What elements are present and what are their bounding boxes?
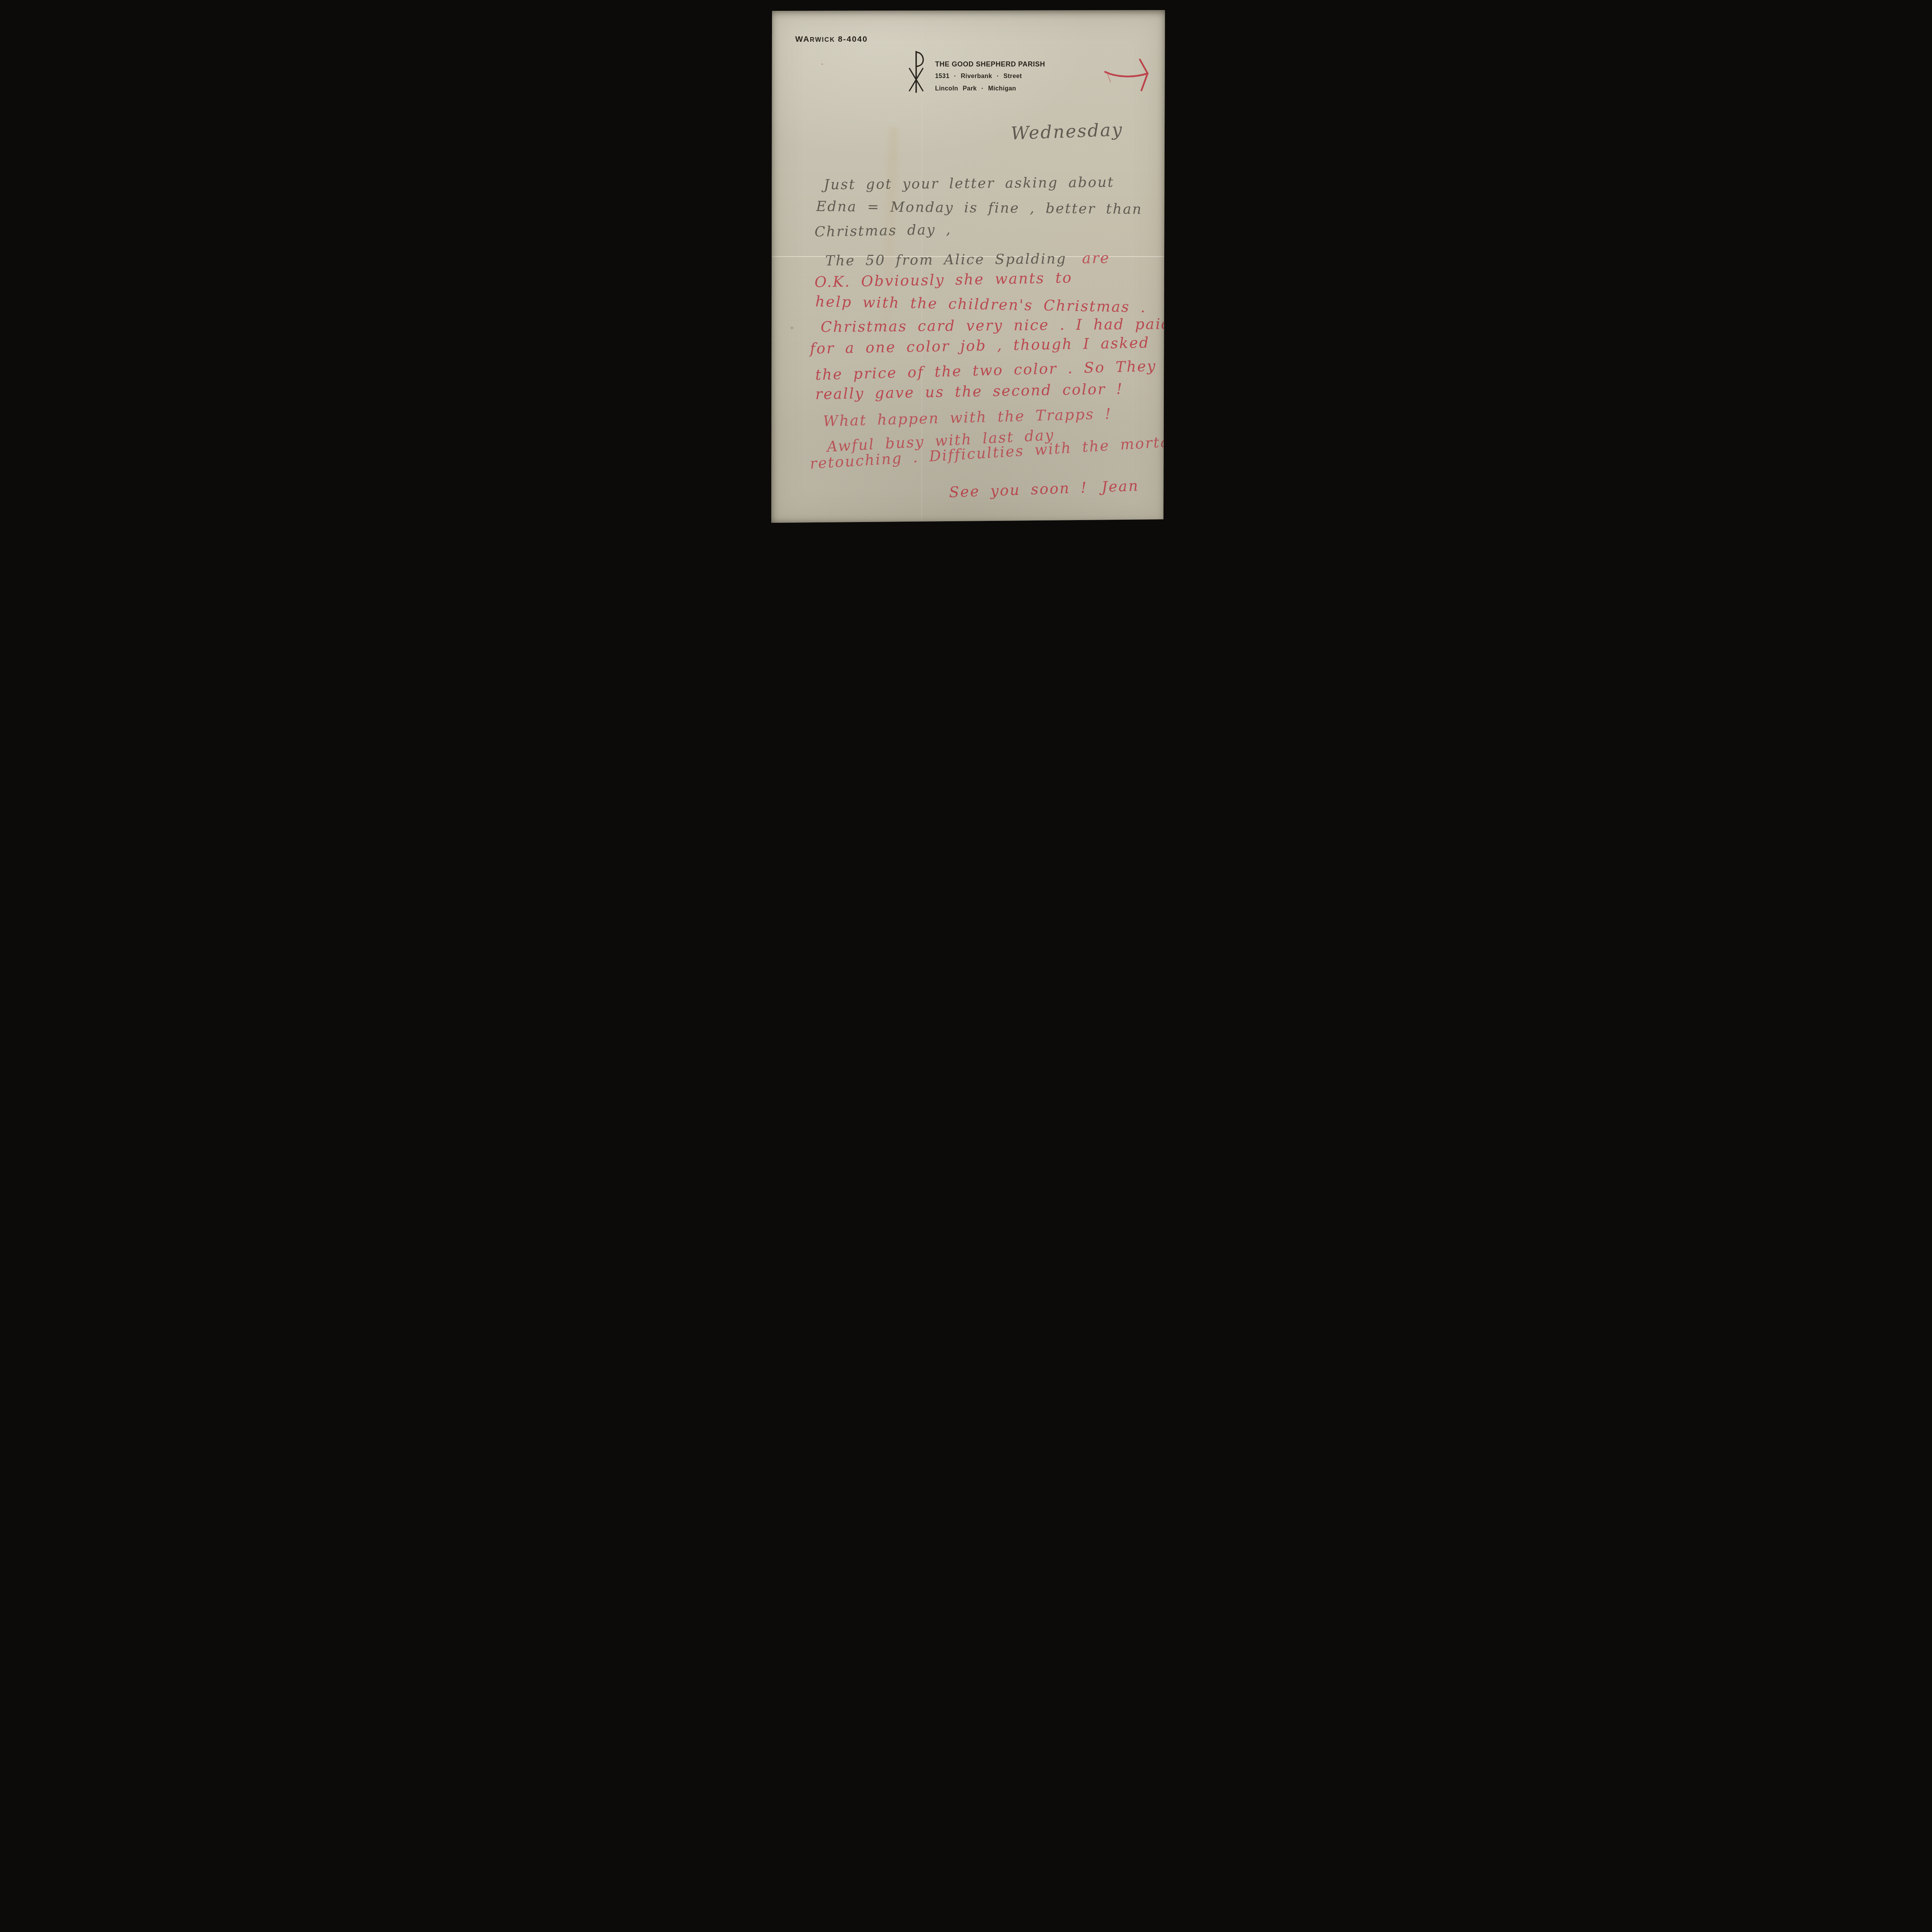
parish-name: THE GOOD SHEPHERD PARISH xyxy=(935,60,1045,68)
handwritten-line-pencil-3: Christmas day , xyxy=(815,222,952,240)
date-line: Wednesday xyxy=(1010,119,1123,144)
handwritten-line-red-2: help with the children's Christmas . xyxy=(815,293,1147,316)
chi-rho-monogram-icon xyxy=(906,49,927,94)
scan-background: WARWICK8-4040 THE GOOD SHEPHERD PARISH 1… xyxy=(757,0,1175,529)
handwritten-line-red-6: really gave us the second color ! xyxy=(815,380,1124,403)
closing-line: See you soon !Jean xyxy=(949,477,1139,501)
phone-number: 8-4040 xyxy=(838,35,867,44)
closing-text: See you soon ! xyxy=(949,479,1088,501)
phone-exchange-rest: RWICK xyxy=(810,36,835,43)
handwritten-line-red-1: O.K. Obviously she wants to xyxy=(815,269,1073,291)
mixed-line-red-part: are xyxy=(1082,250,1110,267)
phone-exchange-caps: WA xyxy=(795,35,810,44)
address-line-2: Lincoln Park · Michigan xyxy=(935,85,1016,92)
smudge-spot xyxy=(791,327,793,329)
handwritten-line-red-3: Christmas card very nice . I had paid xyxy=(821,315,1172,335)
address-line-1: 1531 · Riverbank · Street xyxy=(935,73,1022,80)
handwritten-line-red-7: What happen with the Trapps ! xyxy=(823,405,1112,430)
handwritten-line-red-4: for a one color job , though I asked xyxy=(810,334,1150,357)
foxing-speck xyxy=(821,63,823,65)
red-arrow-icon xyxy=(1104,58,1151,91)
letterhead-phone-line: WARWICK8-4040 xyxy=(795,35,868,44)
letter-page: WARWICK8-4040 THE GOOD SHEPHERD PARISH 1… xyxy=(757,0,1175,529)
handwritten-line-pencil-1: Just got your letter asking about xyxy=(824,174,1114,193)
handwritten-line-red-5: the price of the two color . So They xyxy=(815,357,1156,383)
mixed-line-pencil-part: The 50 from Alice Spalding xyxy=(825,251,1067,269)
handwritten-line-pencil-2: Edna = Monday is fine , better than xyxy=(816,199,1143,217)
signature: Jean xyxy=(1101,477,1139,495)
handwritten-line-mixed: The 50 from Alice Spaldingare xyxy=(825,250,1110,269)
